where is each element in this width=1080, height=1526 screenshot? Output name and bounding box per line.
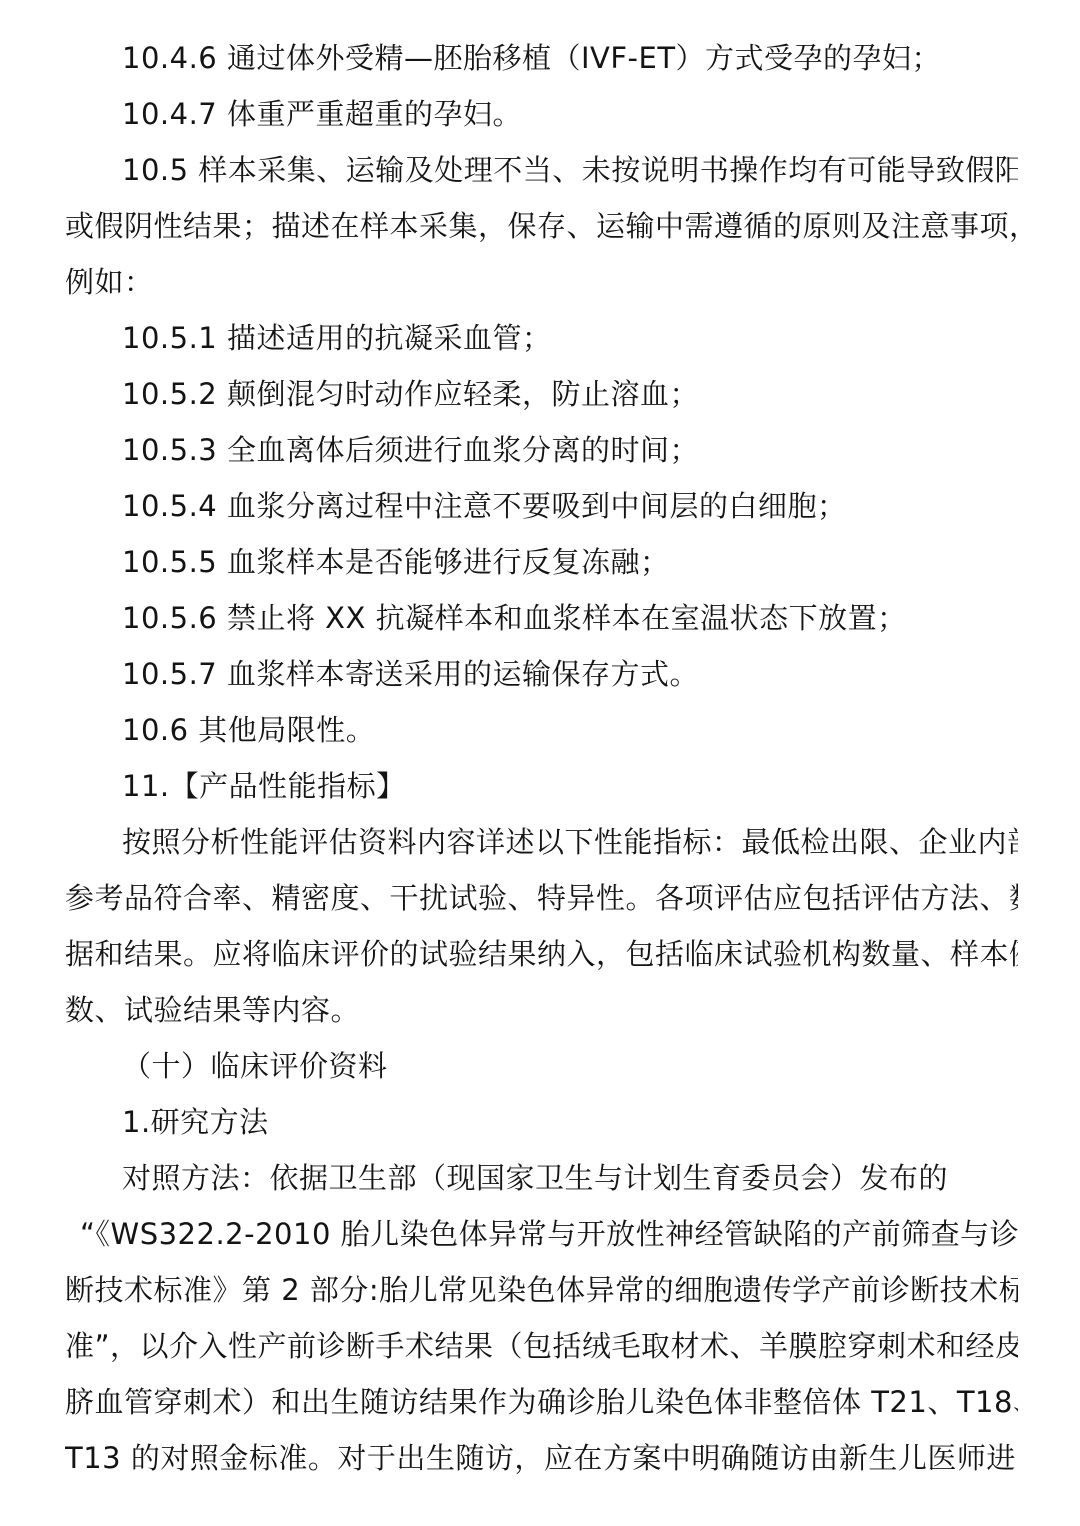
text-line: 10.4.6 通过体外受精—胚胎移植（IVF-ET）方式受孕的孕妇； [65,30,1018,86]
text-line: 10.5.6 禁止将 XX 抗凝样本和血浆样本在室温状态下放置； [65,590,1018,646]
text-line: T13 的对照金标准。对于出生随访，应在方案中明确随访由新生儿医师进 [65,1430,1018,1486]
text-line: 据和结果。应将临床评价的试验结果纳入，包括临床试验机构数量、样本例 [65,926,1018,982]
section-heading: 1.研究方法 [65,1094,1018,1150]
text-line: 断技术标准》第 2 部分:胎儿常见染色体异常的细胞遗传学产前诊断技术标 [65,1262,1018,1318]
text-line: 10.5 样本采集、运输及处理不当、未按说明书操作均有可能导致假阳性 [65,142,1018,198]
text-line: 数、试验结果等内容。 [65,982,1018,1038]
text-line: 准”，以介入性产前诊断手术结果（包括绒毛取材术、羊膜腔穿刺术和经皮 [65,1318,1018,1374]
text-line: 按照分析性能评估资料内容详述以下性能指标：最低检出限、企业内部 [65,814,1018,870]
text-line: 10.5.7 血浆样本寄送采用的运输保存方式。 [65,646,1018,702]
document-page: 10.4.6 通过体外受精—胚胎移植（IVF-ET）方式受孕的孕妇； 10.4.… [0,0,1080,1526]
text-line: 10.5.1 描述适用的抗凝采血管； [65,310,1018,366]
text-line: 参考品符合率、精密度、干扰试验、特异性。各项评估应包括评估方法、数 [65,870,1018,926]
text-line: 10.5.3 全血离体后须进行血浆分离的时间； [65,422,1018,478]
text-line: 脐血管穿刺术）和出生随访结果作为确诊胎儿染色体非整倍体 T21、T18、 [65,1374,1018,1430]
text-line: 10.5.4 血浆分离过程中注意不要吸到中间层的白细胞； [65,478,1018,534]
text-line: 10.4.7 体重严重超重的孕妇。 [65,86,1018,142]
section-heading: 11.【产品性能指标】 [65,758,1018,814]
text-line: 例如： [65,254,1018,310]
text-line: 对照方法：依据卫生部（现国家卫生与计划生育委员会）发布的 [65,1150,1018,1206]
text-line: 10.5.2 颠倒混匀时动作应轻柔，防止溶血； [65,366,1018,422]
text-line: 或假阴性结果；描述在样本采集，保存、运输中需遵循的原则及注意事项， [65,198,1018,254]
section-heading: （十）临床评价资料 [65,1038,1018,1094]
text-line: 10.5.5 血浆样本是否能够进行反复冻融； [65,534,1018,590]
text-line: 10.6 其他局限性。 [65,702,1018,758]
text-line: “《WS322.2-2010 胎儿染色体异常与开放性神经管缺陷的产前筛查与诊 [65,1206,1018,1262]
